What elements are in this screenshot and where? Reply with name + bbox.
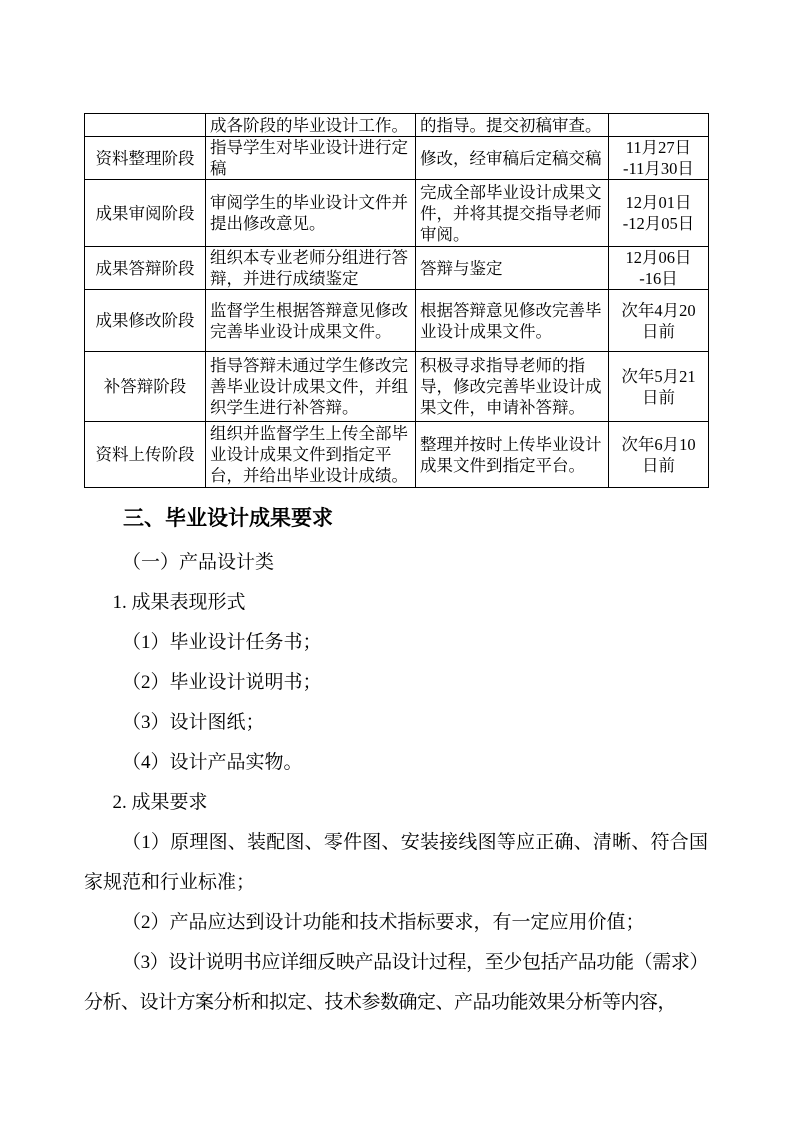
stage-cell: 成果审阅阶段 — [85, 180, 206, 247]
teacher-task-cell: 审阅学生的毕业设计文件并提出修改意见。 — [206, 180, 416, 247]
list-item: （1）毕业设计任务书； — [84, 623, 708, 663]
list-item: （3）设计图纸； — [84, 703, 708, 743]
table-row: 补答辩阶段 指导答辩未通过学生修改完善毕业设计成果文件，并组织学生进行补答辩。 … — [85, 352, 709, 422]
student-task-cell: 完成全部毕业设计成果文件，并将其提交指导老师审阅。 — [416, 180, 609, 247]
table-row: 成果审阅阶段 审阅学生的毕业设计文件并提出修改意见。 完成全部毕业设计成果文件，… — [85, 180, 709, 247]
numbered-heading: 1. 成果表现形式 — [84, 583, 708, 623]
student-task-cell: 修改，经审稿后定稿交稿 — [416, 137, 609, 180]
section-heading: 三、毕业设计成果要求 — [84, 505, 708, 533]
stage-cell: 成果修改阶段 — [85, 290, 206, 352]
table-row: 资料整理阶段 指导学生对毕业设计进行定稿 修改，经审稿后定稿交稿 11月27日 … — [85, 137, 709, 180]
student-task-cell: 根据答辩意见修改完善毕业设计成果文件。 — [416, 290, 609, 352]
teacher-task-cell: 监督学生根据答辩意见修改完善毕业设计成果文件。 — [206, 290, 416, 352]
subsection-title: （一）产品设计类 — [84, 543, 708, 583]
requirement-paragraph: （1）原理图、装配图、零件图、安装接线图等应正确、清晰、符合国家规范和行业标准； — [84, 823, 708, 903]
student-task-cell: 的指导。提交初稿审查。 — [416, 114, 609, 137]
teacher-task-cell: 指导学生对毕业设计进行定稿 — [206, 137, 416, 180]
section-body: （一）产品设计类 1. 成果表现形式 （1）毕业设计任务书； （2）毕业设计说明… — [84, 543, 708, 1023]
period-cell: 次年6月10 日前 — [609, 422, 709, 488]
student-task-cell: 整理并按时上传毕业设计成果文件到指定平台。 — [416, 422, 609, 488]
period-cell: 12月06日 -16日 — [609, 247, 709, 290]
table-row: 成果答辩阶段 组织本专业老师分组进行答辩，并进行成绩鉴定 答辩与鉴定 12月06… — [85, 247, 709, 290]
page-content: 成各阶段的毕业设计工作。 的指导。提交初稿审查。 资料整理阶段 指导学生对毕业设… — [84, 113, 708, 1023]
stage-cell: 资料上传阶段 — [85, 422, 206, 488]
period-cell — [609, 114, 709, 137]
teacher-task-cell: 组织并监督学生上传全部毕业设计成果文件到指定平台，并给出毕业设计成绩。 — [206, 422, 416, 488]
list-item: （4）设计产品实物。 — [84, 743, 708, 783]
graduation-schedule-table: 成各阶段的毕业设计工作。 的指导。提交初稿审查。 资料整理阶段 指导学生对毕业设… — [84, 113, 709, 488]
period-cell: 次年4月20 日前 — [609, 290, 709, 352]
document-page: 成各阶段的毕业设计工作。 的指导。提交初稿审查。 资料整理阶段 指导学生对毕业设… — [0, 0, 793, 1122]
period-cell: 11月27日 -11月30日 — [609, 137, 709, 180]
stage-cell: 资料整理阶段 — [85, 137, 206, 180]
teacher-task-cell: 组织本专业老师分组进行答辩，并进行成绩鉴定 — [206, 247, 416, 290]
numbered-heading: 2. 成果要求 — [84, 783, 708, 823]
requirement-paragraph: （3）设计说明书应详细反映产品设计过程，至少包括产品功能（需求）分析、设计方案分… — [84, 943, 708, 1023]
stage-cell — [85, 114, 206, 137]
table-row: 成各阶段的毕业设计工作。 的指导。提交初稿审查。 — [85, 114, 709, 137]
student-task-cell: 答辩与鉴定 — [416, 247, 609, 290]
stage-cell: 补答辩阶段 — [85, 352, 206, 422]
list-item: （2）毕业设计说明书； — [84, 663, 708, 703]
teacher-task-cell: 成各阶段的毕业设计工作。 — [206, 114, 416, 137]
period-cell: 次年5月21 日前 — [609, 352, 709, 422]
requirement-paragraph: （2）产品应达到设计功能和技术指标要求，有一定应用价值； — [84, 903, 708, 943]
table-row: 成果修改阶段 监督学生根据答辩意见修改完善毕业设计成果文件。 根据答辩意见修改完… — [85, 290, 709, 352]
table-row: 资料上传阶段 组织并监督学生上传全部毕业设计成果文件到指定平台，并给出毕业设计成… — [85, 422, 709, 488]
student-task-cell: 积极寻求指导老师的指导，修改完善毕业设计成果文件，申请补答辩。 — [416, 352, 609, 422]
period-cell: 12月01日 -12月05日 — [609, 180, 709, 247]
stage-cell: 成果答辩阶段 — [85, 247, 206, 290]
teacher-task-cell: 指导答辩未通过学生修改完善毕业设计成果文件，并组织学生进行补答辩。 — [206, 352, 416, 422]
